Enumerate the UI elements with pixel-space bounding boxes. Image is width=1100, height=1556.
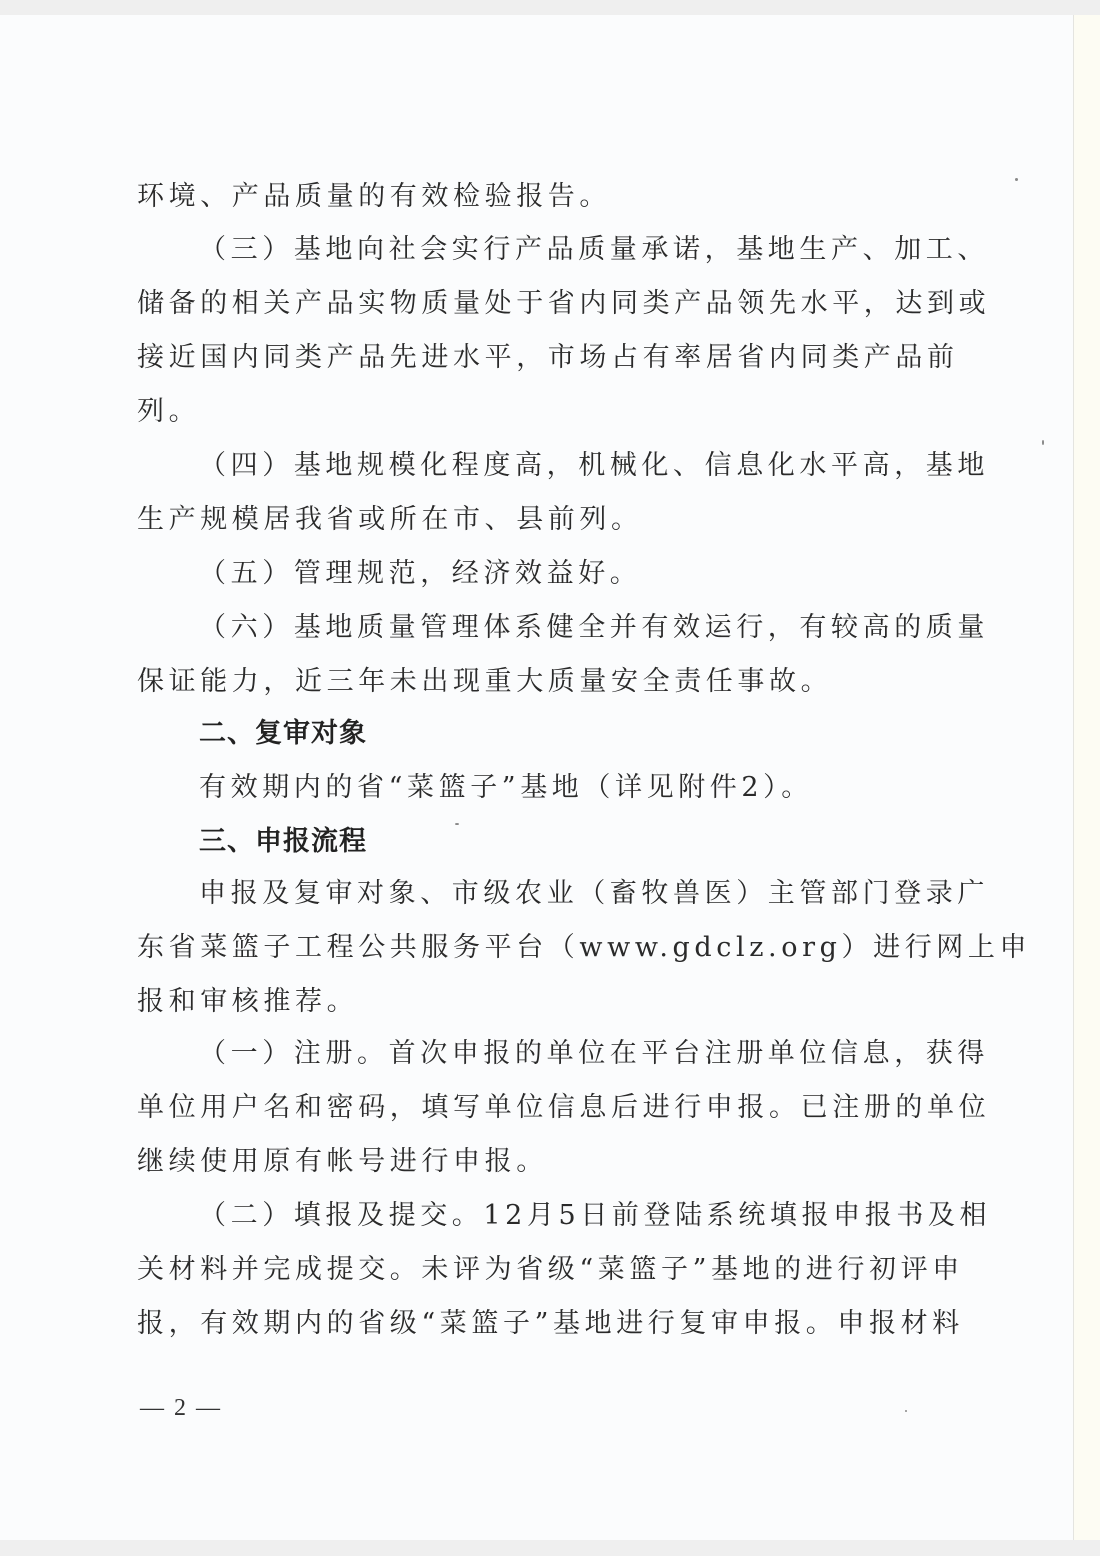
body-line: 接近国内同类产品先进水平，市场占有率居省内同类产品前: [137, 341, 959, 375]
body-line: 关材料并完成提交。未评为省级“菜篮子”基地的进行初评申: [137, 1253, 964, 1287]
section-heading-application-process: 三、申报流程: [199, 825, 367, 859]
section-heading-review-targets: 二、复审对象: [199, 717, 367, 751]
clause-five: （五）管理规范，经济效益好。: [199, 557, 641, 591]
step-two-submission: （二）填报及提交。12月5日前登陆系统填报申报书及相: [199, 1199, 991, 1233]
clause-three: （三）基地向社会实行产品质量承诺，基地生产、加工、: [199, 233, 989, 267]
body-line: 环境、产品质量的有效检验报告。: [137, 180, 611, 214]
body-line: 保证能力，近三年未出现重大质量安全责任事故。: [137, 665, 832, 699]
body-line: 储备的相关产品实物质量处于省内同类产品领先水平，达到或: [137, 287, 990, 321]
clause-four: （四）基地规模化程度高，机械化、信息化水平高，基地: [199, 449, 989, 483]
body-line: 报，有效期内的省级“菜篮子”基地进行复审申报。申报材料: [137, 1307, 964, 1341]
scan-speck: [905, 1410, 907, 1412]
scanned-page: 环境、产品质量的有效检验报告。 （三）基地向社会实行产品质量承诺，基地生产、加工…: [0, 15, 1074, 1540]
page-edge-strip: [1074, 15, 1100, 1540]
clause-six: （六）基地质量管理体系健全并有效运行，有较高的质量: [199, 611, 989, 645]
scan-speck: [1015, 178, 1018, 181]
body-line: 列。: [137, 395, 200, 429]
page-number: — 2 —: [140, 1395, 222, 1422]
body-line: 申报及复审对象、市级农业（畜牧兽医）主管部门登录广: [199, 877, 989, 911]
body-line: 报和审核推荐。: [137, 985, 358, 1019]
body-line: 继续使用原有帐号进行申报。: [137, 1145, 548, 1179]
body-line-with-url: 东省菜篮子工程公共服务平台（www.gdclz.org）进行网上申: [137, 931, 1031, 965]
step-one-registration: （一）注册。首次申报的单位在平台注册单位信息，获得: [199, 1037, 989, 1071]
scan-speck: [1042, 440, 1044, 445]
body-line: 单位用户名和密码，填写单位信息后进行申报。已注册的单位: [137, 1091, 990, 1125]
body-line: 生产规模居我省或所在市、县前列。: [137, 503, 643, 537]
body-line: 有效期内的省“菜篮子”基地（详见附件2）。: [199, 771, 813, 805]
scan-speck: [455, 823, 459, 825]
